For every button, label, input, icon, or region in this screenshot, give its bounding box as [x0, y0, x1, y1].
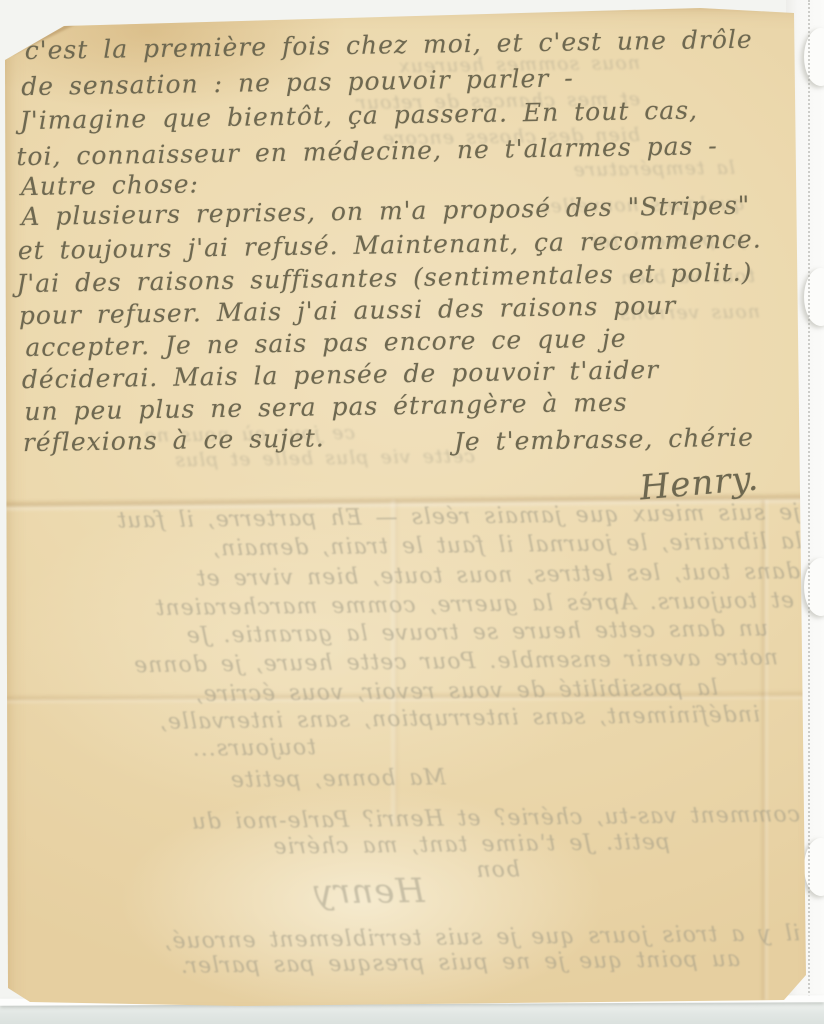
handwritten-text: c'est la première fois chez moi, et c'es…: [0, 0, 824, 1024]
scanned-letter-page: nous sommes heureux et mes chances de re…: [0, 0, 824, 1024]
signature: Henry.: [638, 458, 760, 508]
sleeve-scallop: [804, 268, 824, 326]
sleeve-stitch-seam: [808, 0, 810, 1024]
letter-line: de sensation : ne pas pouvoir parler -: [21, 63, 574, 101]
sleeve-scallop: [804, 28, 824, 86]
letter-line: c'est la première fois chez moi, et c'es…: [24, 25, 752, 65]
letter-line: toi, connaisseur en médecine, ne t'alarm…: [16, 131, 718, 171]
letter-line: un peu plus ne sera pas étrangère à mes: [24, 388, 628, 426]
closing-line: Je t'embrasse, chérie: [454, 423, 754, 457]
sleeve-scallop: [804, 838, 824, 896]
letter-paper: nous sommes heureux et mes chances de re…: [0, 0, 824, 1024]
letter-line: J'imagine que bientôt, ça passera. En to…: [20, 95, 699, 135]
sleeve-scallop: [804, 558, 824, 616]
letter-line: Autre chose:: [21, 169, 200, 201]
letter-line: réflexions à ce sujet.: [23, 423, 325, 457]
